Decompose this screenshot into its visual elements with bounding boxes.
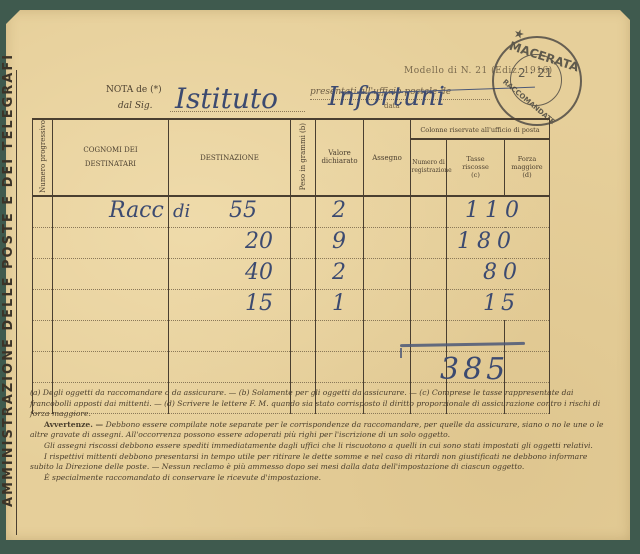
col-header-cognomi: COGNOMI DEI DESTINATARI	[53, 119, 169, 196]
sum-underline-hook	[400, 348, 406, 358]
table-row: 40 2 80	[33, 258, 550, 289]
table-row: 20 9 180	[33, 227, 550, 258]
tasse-value: 80	[483, 260, 523, 285]
mittenti-paragraph: I rispettivi mittenti debbono presentars…	[30, 452, 610, 473]
sender-handwriting: Istituto	[175, 82, 278, 115]
destinazione-value: 15	[245, 291, 273, 316]
col-header-registrazione: Numero di registrazione	[411, 139, 447, 196]
assegni-paragraph: Gli assegni riscossi debbono essere sped…	[30, 441, 610, 452]
col-header-numero: Numero progressivo	[33, 119, 53, 196]
table-row	[33, 320, 550, 351]
postmark-date: 2 · 21	[518, 66, 552, 80]
tasse-value: 110	[465, 198, 525, 223]
col-header-destinazione: DESTINAZIONE	[169, 119, 291, 196]
side-margin-title: AMMINISTRAZIONE DELLE POSTE E DEI TELEGR…	[1, 20, 21, 540]
col-header-tasse: Tasse riscosse (c)	[447, 139, 505, 196]
cognome-value: Racc	[109, 198, 164, 223]
valore-value: 9	[332, 229, 346, 254]
valore-value: 1	[332, 291, 346, 316]
col-header-peso: Peso in grammi (b)	[291, 119, 316, 196]
sig-label: dal Sig.	[118, 101, 153, 111]
office-handwriting: Infortuni	[328, 82, 445, 112]
tasse-value: 180	[457, 229, 517, 254]
table-row: Racc di55 2 110	[33, 196, 550, 228]
footnote-abcd: (a) Degli oggetti da raccomandare o da a…	[30, 388, 610, 420]
postmark-stamp: ★ MACERATA RACCOMANDATE 2 · 21	[492, 36, 582, 126]
destinazione-prefix: di	[173, 201, 190, 222]
col-header-forza: Forza maggiore (d)	[505, 139, 550, 196]
destinazione-value: 40	[245, 260, 273, 285]
tasse-value: 15	[483, 291, 519, 316]
valore-value: 2	[332, 198, 346, 223]
valore-value: 2	[332, 260, 346, 285]
footnotes: (a) Degli oggetti da raccomandare o da a…	[30, 388, 610, 483]
avvertenze-paragraph: Avvertenze. — Debbono essere compilate n…	[30, 420, 610, 441]
folded-corner-right	[620, 10, 630, 20]
total-amount: 385	[440, 352, 509, 387]
col-group-reserved: Colonne riservate all'ufficio di posta	[411, 119, 550, 139]
nota-label: NOTA de (*)	[106, 85, 162, 95]
table-row: 15 1 15	[33, 289, 550, 320]
destinazione-value: 20	[245, 229, 273, 254]
ricevute-paragraph: È specialmente raccomandato di conservar…	[30, 473, 610, 484]
col-header-assegno: Assegno	[364, 119, 411, 196]
col-header-valore: Valore dichiarato	[316, 119, 364, 196]
avvertenze-text: Debbono essere compilate note separate p…	[30, 420, 604, 440]
avvertenze-label: Avvertenze. —	[44, 420, 103, 429]
destinazione-value: 55	[229, 198, 257, 223]
